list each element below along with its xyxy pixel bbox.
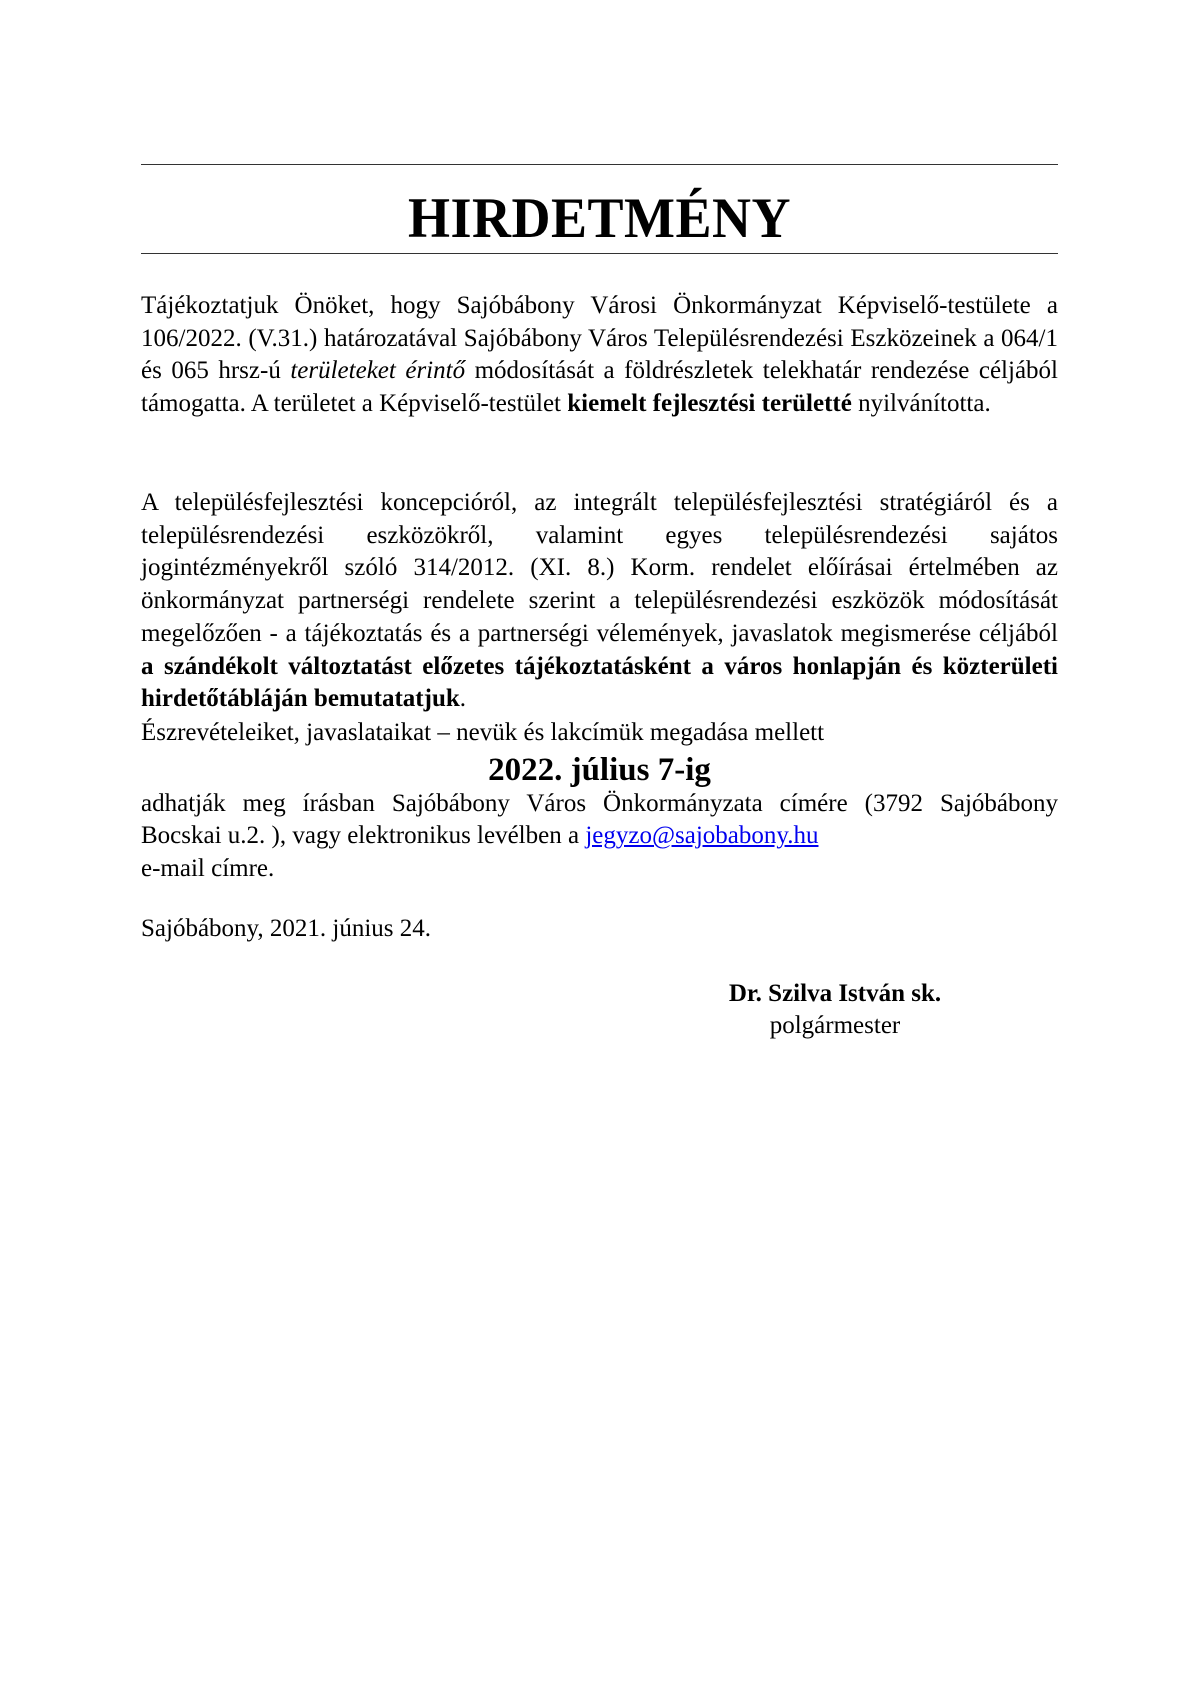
signatory-name: Dr. Szilva István sk. [690, 978, 980, 1010]
paragraph-comments: Észrevételeiket, javaslataikat – nevük é… [141, 717, 1058, 886]
page-title: HIRDETMÉNY [141, 184, 1058, 251]
p2-end: . [460, 685, 466, 712]
signature-block: Dr. Szilva István sk. polgármester [690, 978, 980, 1042]
p3-end: e-mail címre. [141, 855, 274, 882]
p3-lead: Észrevételeiket, javaslataikat – nevük é… [141, 717, 1058, 750]
top-rule [141, 164, 1058, 165]
paragraph-1: Tájékoztatjuk Önöket, hogy Sajóbábony Vá… [141, 290, 1058, 421]
bottom-rule [141, 253, 1058, 254]
signatory-role: polgármester [690, 1010, 980, 1042]
paragraph-2: A településfejlesztési koncepcióról, az … [141, 487, 1058, 716]
paragraph-announcement: Tájékoztatjuk Önöket, hogy Sajóbábony Vá… [141, 290, 1058, 421]
date-line: Sajóbábony, 2021. június 24. [141, 913, 431, 945]
paragraph-legal-basis: A településfejlesztési koncepcióról, az … [141, 487, 1058, 716]
deadline: 2022. július 7-ig [141, 752, 1058, 788]
p1-italic: területeket érintő [290, 357, 465, 384]
p1-end: nyilvánította. [852, 390, 991, 417]
p1-bold: kiemelt fejlesztési területté [567, 390, 852, 417]
p3-body: adhatják meg írásban Sajóbábony Város Ön… [141, 788, 1058, 886]
p2-bold: a szándékolt változtatást előzetes tájék… [141, 653, 1058, 713]
email-link[interactable]: jegyzo@sajobabony.hu [585, 822, 818, 849]
p2-text: A településfejlesztési koncepcióról, az … [141, 489, 1058, 647]
